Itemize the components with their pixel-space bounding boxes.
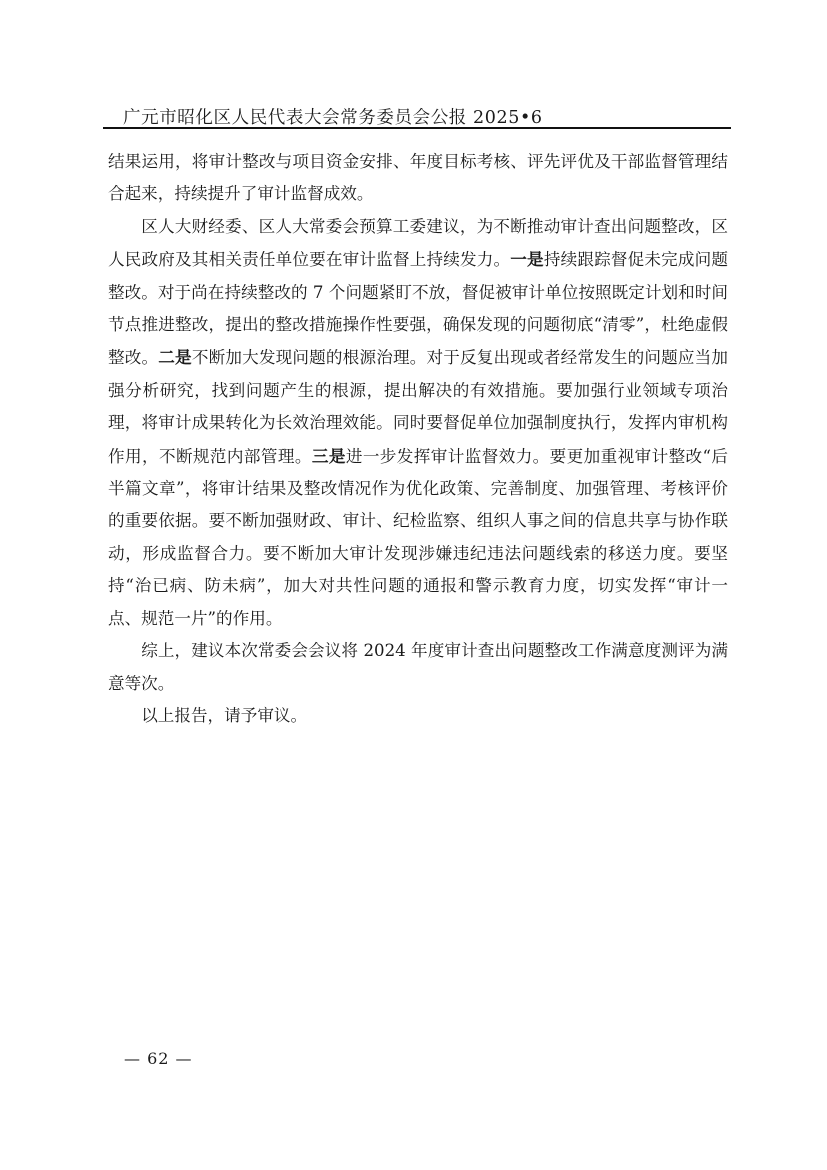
document-body: 结果运用，将审计整改与项目资金安排、年度目标考核、评先评优及干部监督管理结合起来… (108, 146, 728, 732)
point-marker-two: 二是 (158, 347, 192, 367)
paragraph-continuation: 结果运用，将审计整改与项目资金安排、年度目标考核、评先评优及干部监督管理结合起来… (108, 146, 728, 211)
text-segment: 结果运用，将审计整改与项目资金安排、年度目标考核、评先评优及干部监督管理结合起来… (108, 152, 728, 203)
text-segment: 综上，建议本次常委会会议将 2024 年度审计查出问题整改工作满意度测评为满意等… (108, 641, 728, 692)
paragraph-recommendations: 区人大财经委、区人大常委会预算工委建议，为不断推动审计查出问题整改，区人民政府及… (108, 211, 728, 635)
publication-header: 广元市昭化区人民代表大会常务委员会公报 2025•6 (123, 104, 543, 129)
text-segment: 进一步发挥审计监督效力。要更加重视审计整改“后半篇文章”，将审计结果及整改情况作… (108, 447, 728, 628)
point-marker-three: 三是 (312, 446, 346, 466)
point-marker-one: 一是 (510, 249, 544, 269)
paragraph-conclusion: 综上，建议本次常委会会议将 2024 年度审计查出问题整改工作满意度测评为满意等… (108, 635, 728, 700)
text-segment: 以上报告，请予审议。 (141, 706, 307, 725)
paragraph-closing: 以上报告，请予审议。 (108, 700, 728, 732)
page-number: — 62 — (124, 1049, 193, 1068)
header-divider (103, 127, 731, 129)
